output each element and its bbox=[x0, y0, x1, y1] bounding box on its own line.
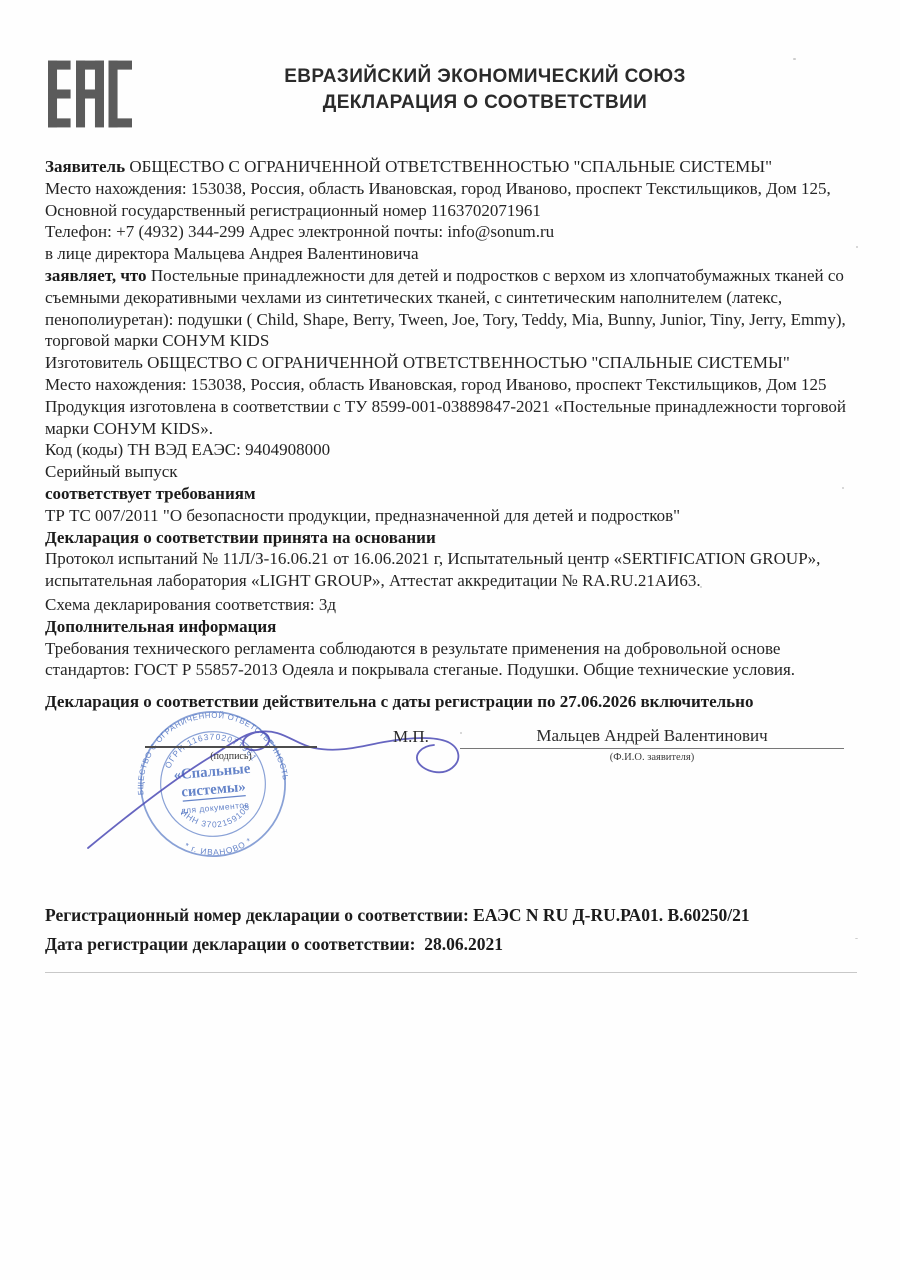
line-text: торговой марки СОНУМ KIDS bbox=[45, 331, 269, 350]
header-declaration-title: ДЕКЛАРАЦИЯ О СООТВЕТСТВИИ bbox=[120, 90, 850, 116]
line-text: Требования технического регламента соблю… bbox=[45, 639, 780, 658]
scan-speck bbox=[855, 938, 858, 939]
line-text: Место нахождения: 153038, Россия, област… bbox=[45, 179, 831, 198]
declarant-name: Мальцев Андрей Валентинович bbox=[460, 726, 844, 746]
scan-speck bbox=[700, 586, 702, 588]
doc-line: стандартов: ГОСТ Р 55857-2013 Одеяла и п… bbox=[45, 659, 795, 681]
additional-info-block: Схема декларирования соответствия: 3д До… bbox=[45, 594, 795, 681]
doc-line: ТР ТС 007/2011 "О безопасности продукции… bbox=[45, 505, 846, 527]
registration-date: Дата регистрации декларации о соответств… bbox=[45, 930, 750, 959]
doc-line: Продукция изготовлена в соответствии с Т… bbox=[45, 396, 846, 418]
doc-line: Дополнительная информация bbox=[45, 616, 795, 638]
scan-speck bbox=[460, 732, 462, 734]
doc-line: Основной государственный регистрационный… bbox=[45, 200, 846, 222]
doc-line: Заявитель ОБЩЕСТВО С ОГРАНИЧЕННОЙ ОТВЕТС… bbox=[45, 156, 846, 178]
doc-line: марки СОНУМ KIDS». bbox=[45, 418, 846, 440]
line-text: марки СОНУМ KIDS». bbox=[45, 419, 213, 438]
line-text: в лице директора Мальцева Андрея Валенти… bbox=[45, 244, 419, 263]
bottom-divider-rule bbox=[45, 972, 857, 973]
registration-block: Регистрационный номер декларации о соотв… bbox=[45, 901, 750, 959]
doc-line: Серийный выпуск bbox=[45, 461, 846, 483]
line-text: Продукция изготовлена в соответствии с Т… bbox=[45, 397, 846, 416]
line-text: Код (коды) ТН ВЭД ЕАЭС: 9404908000 bbox=[45, 440, 330, 459]
scan-speck bbox=[842, 487, 844, 489]
scan-speck bbox=[856, 246, 858, 248]
header-union-title: ЕВРАЗИЙСКИЙ ЭКОНОМИЧЕСКИЙ СОЮЗ bbox=[120, 64, 850, 90]
handwritten-signature bbox=[62, 692, 472, 867]
line-text: Основной государственный регистрационный… bbox=[45, 201, 541, 220]
doc-line: Схема декларирования соответствия: 3д bbox=[45, 594, 795, 616]
registration-number: Регистрационный номер декларации о соотв… bbox=[45, 901, 750, 930]
mp-seal-label: М.П. bbox=[393, 727, 429, 747]
doc-line: съемными декоративными чехлами из синтет… bbox=[45, 287, 846, 309]
doc-line: Код (коды) ТН ВЭД ЕАЭС: 9404908000 bbox=[45, 439, 846, 461]
line-text: ОБЩЕСТВО С ОГРАНИЧЕННОЙ ОТВЕТСТВЕННОСТЬЮ… bbox=[129, 157, 772, 176]
doc-line: Изготовитель ОБЩЕСТВО С ОГРАНИЧЕННОЙ ОТВ… bbox=[45, 352, 846, 374]
scan-speck bbox=[793, 58, 796, 60]
signature-stroke bbox=[88, 731, 458, 848]
line-text: Протокол испытаний № 11Л/З-16.06.21 от 1… bbox=[45, 549, 820, 568]
signature-caption: (подпись) bbox=[145, 751, 317, 762]
line-text: ТР ТС 007/2011 "О безопасности продукции… bbox=[45, 506, 680, 525]
line-bold: Декларация о соответствии принята на осн… bbox=[45, 528, 436, 547]
declarant-name-line bbox=[460, 748, 844, 749]
line-text: Изготовитель ОБЩЕСТВО С ОГРАНИЧЕННОЙ ОТВ… bbox=[45, 353, 790, 372]
doc-line: испытательная лаборатория «LIGHT GROUP»,… bbox=[45, 570, 846, 592]
doc-line: Место нахождения: 153038, Россия, област… bbox=[45, 178, 846, 200]
line-text: Постельные принадлежности для детей и по… bbox=[151, 266, 844, 285]
line-bold: Дополнительная информация bbox=[45, 617, 276, 636]
line-text: Серийный выпуск bbox=[45, 462, 178, 481]
line-text: Схема декларирования соответствия: 3д bbox=[45, 595, 336, 614]
doc-line: торговой марки СОНУМ KIDS bbox=[45, 330, 846, 352]
line-text: испытательная лаборатория «LIGHT GROUP»,… bbox=[45, 571, 701, 590]
line-bold: заявляет, что bbox=[45, 266, 151, 285]
doc-line: пенополиуретан): подушки ( Child, Shape,… bbox=[45, 309, 846, 331]
declarant-name-caption: (Ф.И.О. заявителя) bbox=[460, 752, 844, 763]
doc-line: заявляет, что Постельные принадлежности … bbox=[45, 265, 846, 287]
doc-line: Декларация о соответствии принята на осн… bbox=[45, 527, 846, 549]
signature-line bbox=[145, 746, 317, 748]
doc-line: Телефон: +7 (4932) 344-299 Адрес электро… bbox=[45, 221, 846, 243]
line-bold: Заявитель bbox=[45, 157, 129, 176]
line-text: съемными декоративными чехлами из синтет… bbox=[45, 288, 782, 307]
line-bold: соответствует требованиям bbox=[45, 484, 256, 503]
doc-line: Место нахождения: 153038, Россия, област… bbox=[45, 374, 846, 396]
line-text: стандартов: ГОСТ Р 55857-2013 Одеяла и п… bbox=[45, 660, 795, 679]
doc-line: Протокол испытаний № 11Л/З-16.06.21 от 1… bbox=[45, 548, 846, 570]
declaration-body: Заявитель ОБЩЕСТВО С ОГРАНИЧЕННОЙ ОТВЕТС… bbox=[45, 156, 846, 592]
document-header: ЕВРАЗИЙСКИЙ ЭКОНОМИЧЕСКИЙ СОЮЗ ДЕКЛАРАЦИ… bbox=[120, 64, 850, 116]
doc-line: в лице директора Мальцева Андрея Валенти… bbox=[45, 243, 846, 265]
doc-line: Требования технического регламента соблю… bbox=[45, 638, 795, 660]
line-text: Телефон: +7 (4932) 344-299 Адрес электро… bbox=[45, 222, 554, 241]
line-text: Место нахождения: 153038, Россия, област… bbox=[45, 375, 826, 394]
declaration-document: ЕВРАЗИЙСКИЙ ЭКОНОМИЧЕСКИЙ СОЮЗ ДЕКЛАРАЦИ… bbox=[0, 0, 900, 1280]
line-text: пенополиуретан): подушки ( Child, Shape,… bbox=[45, 310, 846, 329]
doc-line: соответствует требованиям bbox=[45, 483, 846, 505]
